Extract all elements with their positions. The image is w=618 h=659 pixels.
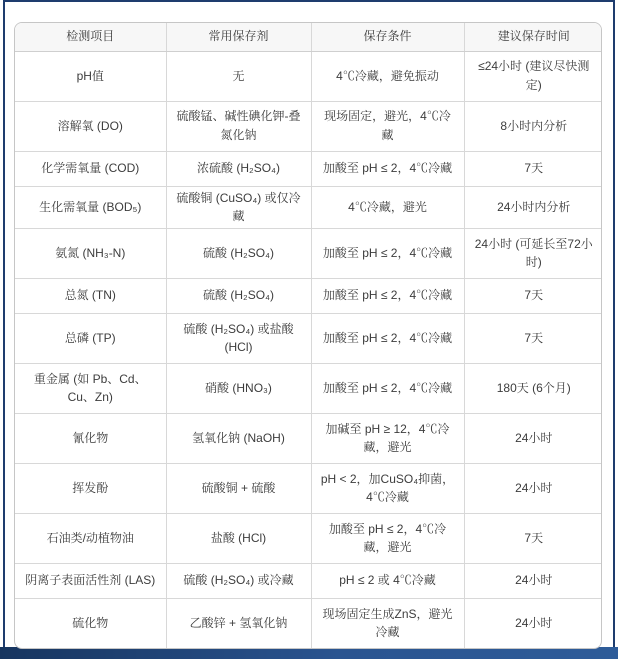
cell-conditions: 现场固定生成ZnS，避光冷藏	[311, 598, 464, 648]
cell-preservative: 硝酸 (HNO₃)	[166, 363, 311, 413]
cell-test-item: 溶解氧 (DO)	[15, 101, 166, 151]
cell-preservative: 浓硫酸 (H₂SO₄)	[166, 151, 311, 186]
cell-holding-time: 7天	[464, 278, 602, 313]
cell-holding-time: 24小时内分析	[464, 186, 602, 228]
table-row-las: 阴离子表面活性剂 (LAS) 硫酸 (H₂SO₄) 或冷藏 pH ≤ 2 或 4…	[15, 563, 602, 598]
cell-conditions: 4℃冷藏，避光	[311, 186, 464, 228]
cell-preservative: 氢氧化钠 (NaOH)	[166, 413, 311, 463]
table-row-volatile-phenol: 挥发酚 硫酸铜 + 硫酸 pH < 2，加CuSO₄抑菌，4℃冷藏 24小时	[15, 463, 602, 513]
table-row-heavy-metals: 重金属 (如 Pb、Cd、Cu、Zn) 硝酸 (HNO₃) 加酸至 pH ≤ 2…	[15, 363, 602, 413]
table-row-cyanide: 氰化物 氢氧化钠 (NaOH) 加碱至 pH ≥ 12，4℃冷藏，避光 24小时	[15, 413, 602, 463]
cell-conditions: 加碱至 pH ≥ 12，4℃冷藏，避光	[311, 413, 464, 463]
table-row-sulfide: 硫化物 乙酸锌 + 氢氧化钠 现场固定生成ZnS，避光冷藏 24小时	[15, 598, 602, 648]
cell-holding-time: ≤24小时 (建议尽快测定)	[464, 51, 602, 101]
cell-preservative: 硫酸 (H₂SO₄) 或冷藏	[166, 563, 311, 598]
cell-preservative: 乙酸锌 + 氢氧化钠	[166, 598, 311, 648]
cell-test-item: 重金属 (如 Pb、Cd、Cu、Zn)	[15, 363, 166, 413]
cell-preservative: 硫酸铜 (CuSO₄) 或仅冷藏	[166, 186, 311, 228]
cell-holding-time: 24小时	[464, 463, 602, 513]
cell-holding-time: 24小时	[464, 598, 602, 648]
cell-test-item: 总氮 (TN)	[15, 278, 166, 313]
cell-test-item: 挥发酚	[15, 463, 166, 513]
cell-holding-time: 24小时 (可延长至72小时)	[464, 228, 602, 278]
cell-test-item: 氰化物	[15, 413, 166, 463]
cell-test-item: 阴离子表面活性剂 (LAS)	[15, 563, 166, 598]
cell-holding-time: 7天	[464, 151, 602, 186]
col-header-test-item: 检测项目	[15, 23, 166, 51]
table-row-petroleum-oil: 石油类/动植物油 盐酸 (HCl) 加酸至 pH ≤ 2，4℃冷藏，避光 7天	[15, 513, 602, 563]
cell-preservative: 无	[166, 51, 311, 101]
cell-holding-time: 7天	[464, 313, 602, 363]
cell-test-item: 化学需氧量 (COD)	[15, 151, 166, 186]
cell-conditions: 现场固定，避光，4℃冷藏	[311, 101, 464, 151]
cell-test-item: 硫化物	[15, 598, 166, 648]
cell-preservative: 硫酸 (H₂SO₄)	[166, 278, 311, 313]
cell-conditions: 加酸至 pH ≤ 2，4℃冷藏，避光	[311, 513, 464, 563]
cell-test-item: 生化需氧量 (BOD₅)	[15, 186, 166, 228]
cell-holding-time: 24小时	[464, 563, 602, 598]
col-header-holding-time: 建议保存时间	[464, 23, 602, 51]
cell-test-item: 石油类/动植物油	[15, 513, 166, 563]
cell-holding-time: 24小时	[464, 413, 602, 463]
table-row-bod5: 生化需氧量 (BOD₅) 硫酸铜 (CuSO₄) 或仅冷藏 4℃冷藏，避光 24…	[15, 186, 602, 228]
cell-conditions: 加酸至 pH ≤ 2，4℃冷藏	[311, 363, 464, 413]
table-row-ph: pH值 无 4℃冷藏，避免振动 ≤24小时 (建议尽快测定)	[15, 51, 602, 101]
cell-preservative: 硫酸锰、碱性碘化钾-叠氮化钠	[166, 101, 311, 151]
col-header-preservative: 常用保存剂	[166, 23, 311, 51]
cell-conditions: 加酸至 pH ≤ 2，4℃冷藏	[311, 313, 464, 363]
cell-preservative: 硫酸铜 + 硫酸	[166, 463, 311, 513]
cell-conditions: pH < 2，加CuSO₄抑菌，4℃冷藏	[311, 463, 464, 513]
table-row-tp: 总磷 (TP) 硫酸 (H₂SO₄) 或盐酸 (HCl) 加酸至 pH ≤ 2，…	[15, 313, 602, 363]
table-row-nh3n: 氨氮 (NH₃-N) 硫酸 (H₂SO₄) 加酸至 pH ≤ 2，4℃冷藏 24…	[15, 228, 602, 278]
cell-preservative: 硫酸 (H₂SO₄)	[166, 228, 311, 278]
cell-conditions: 加酸至 pH ≤ 2，4℃冷藏	[311, 278, 464, 313]
cell-holding-time: 180天 (6个月)	[464, 363, 602, 413]
water-sample-preservation-table: 检测项目 常用保存剂 保存条件 建议保存时间 pH值 无 4℃冷藏，避免振动 ≤…	[15, 23, 602, 648]
cell-test-item: pH值	[15, 51, 166, 101]
cell-conditions: 4℃冷藏，避免振动	[311, 51, 464, 101]
cell-holding-time: 8小时内分析	[464, 101, 602, 151]
table-row-cod: 化学需氧量 (COD) 浓硫酸 (H₂SO₄) 加酸至 pH ≤ 2，4℃冷藏 …	[15, 151, 602, 186]
preservation-table-card: 检测项目 常用保存剂 保存条件 建议保存时间 pH值 无 4℃冷藏，避免振动 ≤…	[14, 22, 602, 649]
cell-holding-time: 7天	[464, 513, 602, 563]
table-row-do: 溶解氧 (DO) 硫酸锰、碱性碘化钾-叠氮化钠 现场固定，避光，4℃冷藏 8小时…	[15, 101, 602, 151]
col-header-conditions: 保存条件	[311, 23, 464, 51]
table-row-tn: 总氮 (TN) 硫酸 (H₂SO₄) 加酸至 pH ≤ 2，4℃冷藏 7天	[15, 278, 602, 313]
cell-preservative: 盐酸 (HCl)	[166, 513, 311, 563]
cell-conditions: 加酸至 pH ≤ 2，4℃冷藏	[311, 228, 464, 278]
cell-test-item: 总磷 (TP)	[15, 313, 166, 363]
cell-conditions: 加酸至 pH ≤ 2，4℃冷藏	[311, 151, 464, 186]
table-header-row: 检测项目 常用保存剂 保存条件 建议保存时间	[15, 23, 602, 51]
cell-test-item: 氨氮 (NH₃-N)	[15, 228, 166, 278]
cell-conditions: pH ≤ 2 或 4℃冷藏	[311, 563, 464, 598]
cell-preservative: 硫酸 (H₂SO₄) 或盐酸 (HCl)	[166, 313, 311, 363]
